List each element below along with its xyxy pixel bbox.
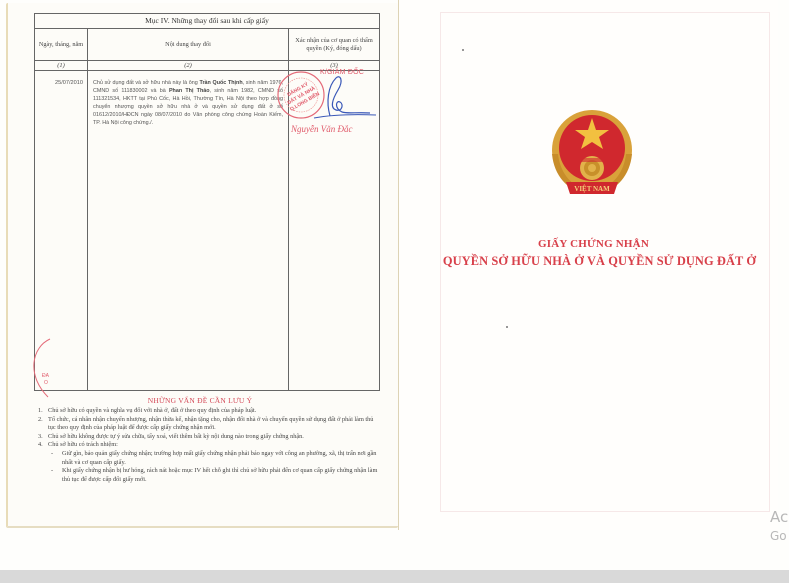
- header-content: Nội dung thay đổi: [88, 29, 289, 60]
- header-date: Ngày, tháng, năm: [35, 29, 88, 60]
- signatory-name: Nguyễn Văn Đắc: [291, 124, 352, 134]
- note-item: 3.Chủ sở hữu không được tự ý sửa chữa, t…: [38, 433, 378, 442]
- note-number: 4.: [38, 441, 48, 450]
- table-header-row: Ngày, tháng, năm Nội dung thay đổi Xác n…: [35, 29, 379, 61]
- header-confirmation: Xác nhận của cơ quan có thẩm quyền (Ký, …: [289, 29, 379, 60]
- change-content: Chủ sử dụng đất và sở hữu nhà này là ông…: [88, 71, 289, 390]
- owner-name-2: Phan Thị Thảo: [169, 88, 210, 94]
- activate-windows-watermark: Ac Go: [770, 508, 788, 546]
- note-sub-item: -Giữ gìn, bảo quản giấy chứng nhận; trườ…: [38, 450, 378, 467]
- watermark-line-2: Go: [770, 527, 788, 546]
- content-text: Chủ sử dụng đất và sở hữu nhà này là ông: [93, 80, 199, 86]
- owner-name-1: Trần Quốc Thịnh: [199, 80, 242, 86]
- signatory-title: K/GIÁM ĐỐC: [320, 69, 364, 76]
- note-sub-item: -Khi giấy chứng nhận bị hư hỏng, rách ná…: [38, 467, 378, 484]
- note-number: 2.: [38, 416, 48, 433]
- table-title: Mục IV. Những thay đổi sau khi cấp giấy: [35, 14, 379, 29]
- watermark-line-1: Ac: [770, 508, 788, 527]
- notes-title: NHỮNG VẤN ĐỀ CẦN LƯU Ý: [0, 396, 400, 405]
- note-sub-text: Khi giấy chứng nhận bị hư hỏng, rách nát…: [62, 467, 378, 484]
- notes-list: 1.Chủ sở hữu có quyền và nghĩa vụ đối vớ…: [38, 407, 378, 484]
- col-number-1: (1): [35, 61, 88, 70]
- note-item: 2.Tổ chức, cá nhân nhận chuyển nhượng, n…: [38, 416, 378, 433]
- note-text: Chủ sở hữu không được tự ý sửa chữa, tẩy…: [48, 433, 304, 442]
- dash-bullet: -: [49, 467, 62, 484]
- note-sub-text: Giữ gìn, bảo quản giấy chứng nhận; trườn…: [62, 450, 378, 467]
- dash-bullet: -: [49, 450, 62, 467]
- note-text: Tổ chức, cá nhân nhận chuyển nhượng, nhậ…: [48, 416, 378, 433]
- note-number: 1.: [38, 407, 48, 416]
- note-item: 1.Chủ sở hữu có quyền và nghĩa vụ đối vớ…: [38, 407, 378, 416]
- paper-speck: [506, 326, 508, 328]
- col-number-2: (2): [88, 61, 289, 70]
- svg-text:O: O: [44, 380, 48, 386]
- paper-speck: [462, 49, 464, 51]
- signature-icon: [300, 72, 378, 122]
- note-item: 4.Chủ sở hữu có trách nhiệm:: [38, 441, 378, 450]
- certificate-subtitle: QUYỀN SỞ HỮU NHÀ Ở VÀ QUYỀN SỬ DỤNG ĐẤT …: [410, 254, 789, 269]
- note-text: Chủ sở hữu có trách nhiệm:: [48, 441, 118, 450]
- note-number: 3.: [38, 433, 48, 442]
- svg-text:VIỆT NAM: VIỆT NAM: [574, 185, 610, 193]
- partial-stamp-icon: ĐA O: [24, 335, 64, 401]
- note-text: Chủ sở hữu có quyền và nghĩa vụ đối với …: [48, 407, 256, 416]
- certificate-title: GIẤY CHỨNG NHẬN: [398, 238, 789, 250]
- svg-text:ĐA: ĐA: [42, 373, 50, 379]
- national-emblem-icon: VIỆT NAM: [542, 104, 642, 204]
- viewer-bottom-bar: [0, 570, 789, 583]
